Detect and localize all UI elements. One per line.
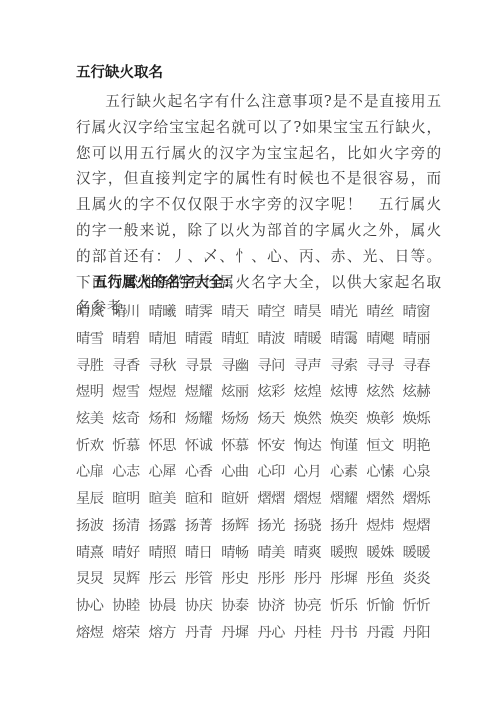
name-cell: 煜熠 <box>403 515 439 535</box>
name-cell: 寻胜 <box>76 355 112 375</box>
name-cell: 晴光 <box>330 301 366 321</box>
name-cell: 晴天 <box>221 301 257 321</box>
name-cell: 熔方 <box>149 622 185 642</box>
name-cell: 熠烁 <box>403 488 439 508</box>
name-cell: 寻香 <box>112 355 148 375</box>
name-cell: 熠耀 <box>330 488 366 508</box>
names-row: 晴雪晴碧晴旭晴霞晴虹晴波晴暖晴霭晴飔晴丽 <box>76 325 446 352</box>
name-cell: 晴碧 <box>112 328 148 348</box>
name-cell: 寻幽 <box>221 355 257 375</box>
name-cell: 丹霞 <box>366 622 402 642</box>
name-cell: 暄妍 <box>221 488 257 508</box>
name-cell: 彤云 <box>149 568 185 588</box>
name-cell: 煜煜 <box>149 381 185 401</box>
name-cell: 晴霭 <box>330 328 366 348</box>
name-cell: 晴曦 <box>149 301 185 321</box>
names-row: 心扉心志心犀心香心曲心印心月心素心愫心泉 <box>76 458 446 485</box>
names-row: 晴熹晴好晴照晴日晴畅晴美晴爽暖煦暖姝暖暖 <box>76 538 446 565</box>
names-row: 熔煜熔荣熔方丹青丹墀丹心丹桂丹书丹霞丹阳 <box>76 618 446 645</box>
name-cell: 丹桂 <box>294 622 330 642</box>
name-cell: 晴霁 <box>185 301 221 321</box>
names-row: 煜明煜雪煜煜煜耀炫丽炫彩炫煌炫博炫然炫赫 <box>76 378 446 405</box>
name-cell: 熠然 <box>366 488 402 508</box>
name-cell: 彤墀 <box>330 568 366 588</box>
name-cell: 晴川 <box>112 301 148 321</box>
names-row: 炫美炫奇炀和炀耀炀炀炀天焕然焕奕焕彰焕烁 <box>76 405 446 432</box>
name-cell: 协亮 <box>294 595 330 615</box>
name-cell: 晴爽 <box>294 542 330 562</box>
name-cell: 熠熠 <box>257 488 293 508</box>
name-cell: 晴丽 <box>403 328 439 348</box>
name-cell: 星辰 <box>76 488 112 508</box>
name-cell: 晴旭 <box>149 328 185 348</box>
name-cell: 协济 <box>257 595 293 615</box>
name-cell: 熠煜 <box>294 488 330 508</box>
name-cell: 暖煦 <box>330 542 366 562</box>
names-row: 晴岚晴川晴曦晴霁晴天晴空晴昊晴光晴丝晴窗 <box>76 298 446 325</box>
name-cell: 暄美 <box>149 488 185 508</box>
name-cell: 晴暖 <box>294 328 330 348</box>
name-cell: 心志 <box>112 461 148 481</box>
name-cell: 恂达 <box>294 435 330 455</box>
name-cell: 寻声 <box>294 355 330 375</box>
name-cell: 焕烁 <box>403 408 439 428</box>
name-cell: 晴畅 <box>221 542 257 562</box>
name-cell: 晴熹 <box>76 542 112 562</box>
name-cell: 晴霞 <box>185 328 221 348</box>
name-cell: 扬骁 <box>294 515 330 535</box>
name-cell: 炫然 <box>366 381 402 401</box>
name-cell: 炀天 <box>257 408 293 428</box>
name-cell: 怀思 <box>149 435 185 455</box>
name-cell: 寻问 <box>257 355 293 375</box>
name-cell: 晴飔 <box>366 328 402 348</box>
name-cell: 煜耀 <box>185 381 221 401</box>
name-cell: 炫彩 <box>257 381 293 401</box>
name-cell: 焕然 <box>294 408 330 428</box>
name-cell: 煜炜 <box>366 515 402 535</box>
name-cell: 心曲 <box>221 461 257 481</box>
name-cell: 炀和 <box>149 408 185 428</box>
name-cell: 晴照 <box>149 542 185 562</box>
name-cell: 炫丽 <box>221 381 257 401</box>
names-grid: 晴岚晴川晴曦晴霁晴天晴空晴昊晴光晴丝晴窗晴雪晴碧晴旭晴霞晴虹晴波晴暖晴霭晴飔晴丽… <box>76 298 446 645</box>
name-cell: 炫博 <box>330 381 366 401</box>
name-cell: 协晨 <box>149 595 185 615</box>
name-cell: 彤丹 <box>294 568 330 588</box>
name-cell: 心素 <box>330 461 366 481</box>
name-cell: 彤管 <box>185 568 221 588</box>
name-cell: 熔荣 <box>112 622 148 642</box>
name-cell: 寻景 <box>185 355 221 375</box>
name-cell: 扬菁 <box>185 515 221 535</box>
name-cell: 忻慕 <box>112 435 148 455</box>
section-heading: 五行属火的名字大全： <box>93 273 238 293</box>
name-cell: 恂谨 <box>330 435 366 455</box>
name-cell: 心月 <box>294 461 330 481</box>
name-cell: 彤史 <box>221 568 257 588</box>
name-cell: 彤彤 <box>257 568 293 588</box>
name-cell: 扬清 <box>112 515 148 535</box>
name-cell: 暖姝 <box>366 542 402 562</box>
name-cell: 寻寻 <box>366 355 402 375</box>
name-cell: 晴丝 <box>366 301 402 321</box>
name-cell: 炫煌 <box>294 381 330 401</box>
name-cell: 寻春 <box>403 355 439 375</box>
name-cell: 熔煜 <box>76 622 112 642</box>
document-title: 五行缺火取名 <box>76 64 163 82</box>
name-cell: 忻乐 <box>330 595 366 615</box>
name-cell: 炅辉 <box>112 568 148 588</box>
name-cell: 晴岚 <box>76 301 112 321</box>
names-row: 炅炅炅辉彤云彤管彤史彤彤彤丹彤墀彤鱼炎炎 <box>76 565 446 592</box>
name-cell: 晴美 <box>257 542 293 562</box>
name-cell: 忻忻 <box>403 595 439 615</box>
name-cell: 晴虹 <box>221 328 257 348</box>
name-cell: 扬辉 <box>221 515 257 535</box>
name-cell: 炫奇 <box>112 408 148 428</box>
name-cell: 丹墀 <box>221 622 257 642</box>
name-cell: 扬波 <box>76 515 112 535</box>
name-cell: 晴日 <box>185 542 221 562</box>
name-cell: 怀慕 <box>221 435 257 455</box>
name-cell: 暖暖 <box>403 542 439 562</box>
name-cell: 协庆 <box>185 595 221 615</box>
name-cell: 晴窗 <box>403 301 439 321</box>
name-cell: 寻索 <box>330 355 366 375</box>
name-cell: 煜明 <box>76 381 112 401</box>
name-cell: 炎炎 <box>403 568 439 588</box>
name-cell: 明艳 <box>403 435 439 455</box>
name-cell: 扬升 <box>330 515 366 535</box>
name-cell: 炅炅 <box>76 568 112 588</box>
name-cell: 晴波 <box>257 328 293 348</box>
name-cell: 炀炀 <box>221 408 257 428</box>
name-cell: 炀耀 <box>185 408 221 428</box>
name-cell: 焕奕 <box>330 408 366 428</box>
name-cell: 彤鱼 <box>366 568 402 588</box>
name-cell: 晴昊 <box>294 301 330 321</box>
name-cell: 怀诚 <box>185 435 221 455</box>
name-cell: 心扉 <box>76 461 112 481</box>
name-cell: 丹阳 <box>403 622 439 642</box>
name-cell: 协心 <box>76 595 112 615</box>
name-cell: 暄明 <box>112 488 148 508</box>
name-cell: 恒文 <box>366 435 402 455</box>
name-cell: 心犀 <box>149 461 185 481</box>
name-cell: 扬光 <box>257 515 293 535</box>
name-cell: 扬露 <box>149 515 185 535</box>
name-cell: 协泰 <box>221 595 257 615</box>
name-cell: 丹书 <box>330 622 366 642</box>
name-cell: 暄和 <box>185 488 221 508</box>
name-cell: 晴空 <box>257 301 293 321</box>
name-cell: 炫美 <box>76 408 112 428</box>
name-cell: 协睦 <box>112 595 148 615</box>
name-cell: 心香 <box>185 461 221 481</box>
names-row: 寻胜寻香寻秋寻景寻幽寻问寻声寻索寻寻寻春 <box>76 351 446 378</box>
name-cell: 炫赫 <box>403 381 439 401</box>
name-cell: 晴雪 <box>76 328 112 348</box>
name-cell: 忻愉 <box>366 595 402 615</box>
name-cell: 心愫 <box>366 461 402 481</box>
name-cell: 煜雪 <box>112 381 148 401</box>
name-cell: 晴好 <box>112 542 148 562</box>
names-row: 忻欢忻慕怀思怀诚怀慕怀安恂达恂谨恒文明艳 <box>76 431 446 458</box>
name-cell: 焕彰 <box>366 408 402 428</box>
name-cell: 心泉 <box>403 461 439 481</box>
name-cell: 忻欢 <box>76 435 112 455</box>
name-cell: 丹心 <box>257 622 293 642</box>
name-cell: 寻秋 <box>149 355 185 375</box>
names-row: 星辰暄明暄美暄和暄妍熠熠熠煜熠耀熠然熠烁 <box>76 485 446 512</box>
names-row: 协心协睦协晨协庆协泰协济协亮忻乐忻愉忻忻 <box>76 592 446 619</box>
names-row: 扬波扬清扬露扬菁扬辉扬光扬骁扬升煜炜煜熠 <box>76 512 446 539</box>
name-cell: 心印 <box>257 461 293 481</box>
name-cell: 怀安 <box>257 435 293 455</box>
name-cell: 丹青 <box>185 622 221 642</box>
